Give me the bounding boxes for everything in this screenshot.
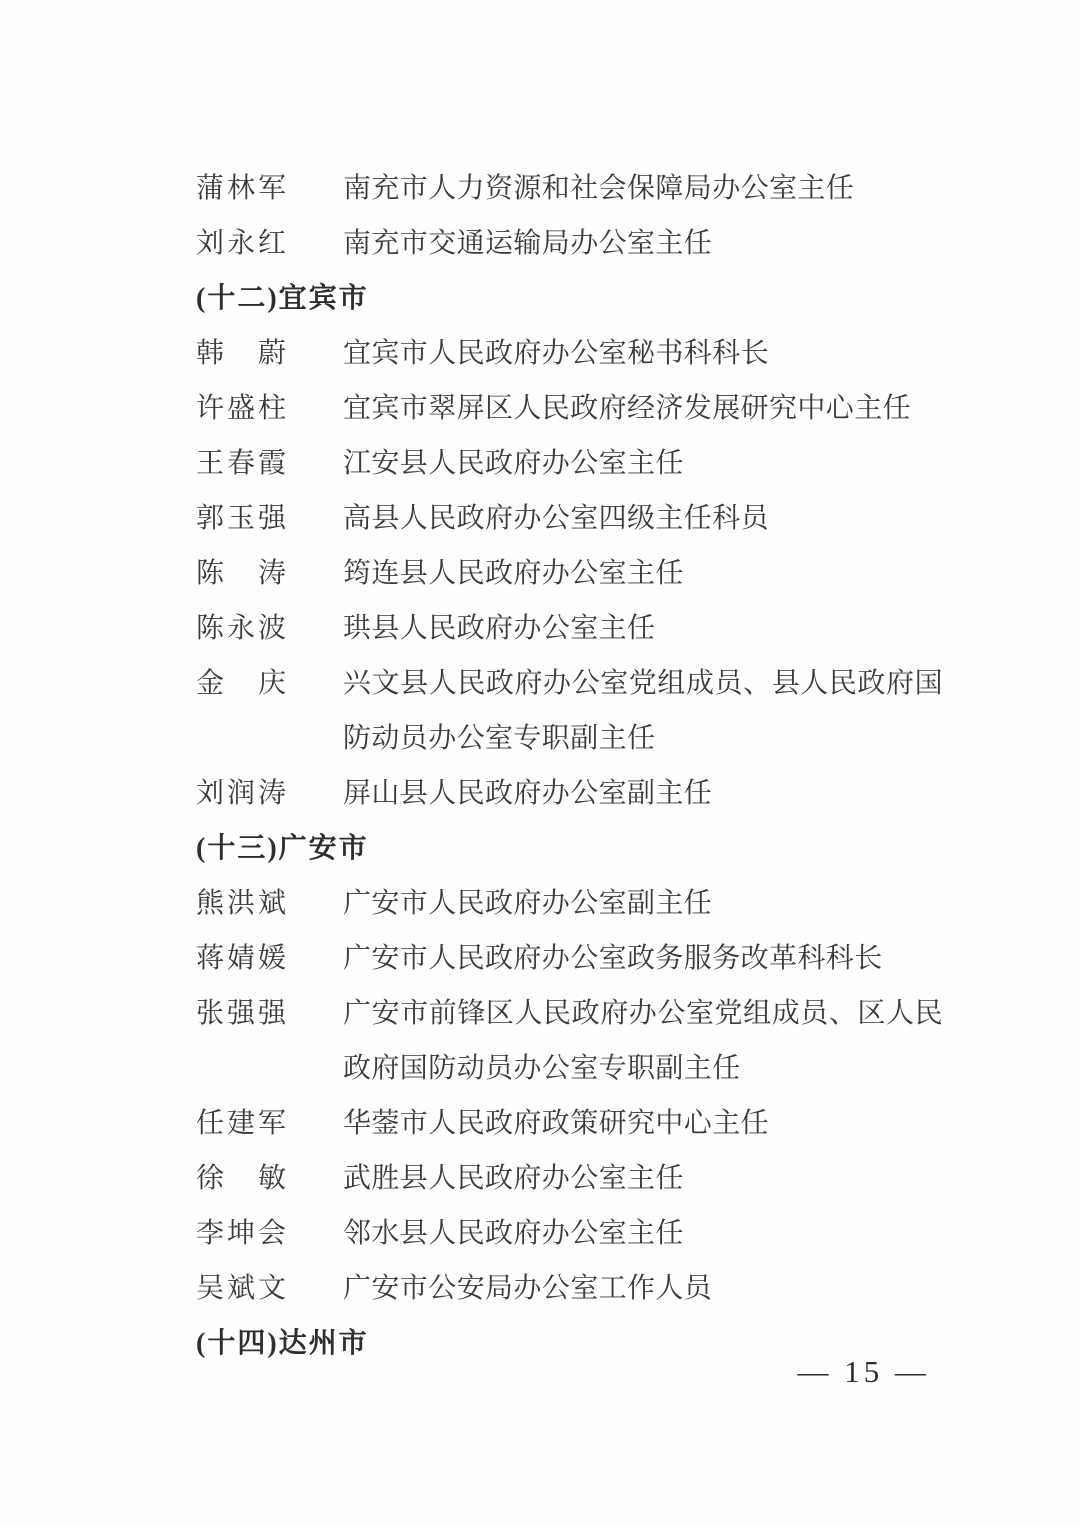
person-position: 华蓥市人民政府政策研究中心主任 [343, 1096, 943, 1151]
section-heading: (十三)广安市 [196, 821, 952, 876]
person-position: 兴文县人民政府办公室党组成员、县人民政府国防动员办公室专职副主任 [343, 656, 943, 766]
entries-list: 蒲林军南充市人力资源和社会保障局办公室主任刘永红南充市交通运输局办公室主任(十二… [196, 161, 952, 1371]
document-page: 蒲林军南充市人力资源和社会保障局办公室主任刘永红南充市交通运输局办公室主任(十二… [0, 0, 1080, 1527]
person-name: 熊洪斌 [196, 876, 343, 931]
list-item: 刘永红南充市交通运输局办公室主任 [196, 216, 952, 271]
section-heading-label: (十三)广安市 [196, 821, 369, 876]
list-item: 郭玉强高县人民政府办公室四级主任科员 [196, 491, 952, 546]
list-item: 徐 敏武胜县人民政府办公室主任 [196, 1151, 952, 1206]
list-item: 韩 蔚宜宾市人民政府办公室秘书科科长 [196, 326, 952, 381]
person-position: 珙县人民政府办公室主任 [343, 601, 943, 656]
list-item: 金 庆兴文县人民政府办公室党组成员、县人民政府国防动员办公室专职副主任 [196, 656, 952, 766]
person-name: 吴斌文 [196, 1261, 343, 1316]
list-item: 熊洪斌广安市人民政府办公室副主任 [196, 876, 952, 931]
person-name: 刘润涛 [196, 766, 343, 821]
person-position: 南充市交通运输局办公室主任 [343, 216, 943, 271]
page-number: — 15 — [798, 1352, 931, 1392]
person-position: 江安县人民政府办公室主任 [343, 436, 943, 491]
person-name: 刘永红 [196, 216, 343, 271]
list-item: 任建军华蓥市人民政府政策研究中心主任 [196, 1096, 952, 1151]
person-position: 宜宾市翠屏区人民政府经济发展研究中心主任 [343, 381, 943, 436]
list-item: 张强强广安市前锋区人民政府办公室党组成员、区人民政府国防动员办公室专职副主任 [196, 986, 952, 1096]
list-item: 王春霞江安县人民政府办公室主任 [196, 436, 952, 491]
person-position: 广安市人民政府办公室副主任 [343, 876, 943, 931]
person-name: 蒲林军 [196, 161, 343, 216]
person-name: 王春霞 [196, 436, 343, 491]
section-heading-label: (十二)宜宾市 [196, 271, 369, 326]
person-name: 徐 敏 [196, 1151, 343, 1206]
person-name: 陈永波 [196, 601, 343, 656]
person-position: 宜宾市人民政府办公室秘书科科长 [343, 326, 943, 381]
person-position: 南充市人力资源和社会保障局办公室主任 [343, 161, 943, 216]
person-position: 广安市人民政府办公室政务服务改革科科长 [343, 931, 943, 986]
person-name: 许盛柱 [196, 381, 343, 436]
list-item: 蒋婧媛广安市人民政府办公室政务服务改革科科长 [196, 931, 952, 986]
person-name: 张强强 [196, 986, 343, 1041]
person-name: 任建军 [196, 1096, 343, 1151]
person-name: 韩 蔚 [196, 326, 343, 381]
section-heading: (十二)宜宾市 [196, 271, 952, 326]
person-position: 屏山县人民政府办公室副主任 [343, 766, 943, 821]
person-name: 蒋婧媛 [196, 931, 343, 986]
list-item: 刘润涛屏山县人民政府办公室副主任 [196, 766, 952, 821]
person-position: 高县人民政府办公室四级主任科员 [343, 491, 943, 546]
list-item: 李坤会邻水县人民政府办公室主任 [196, 1206, 952, 1261]
list-item: 吴斌文广安市公安局办公室工作人员 [196, 1261, 952, 1316]
list-item: 陈 涛筠连县人民政府办公室主任 [196, 546, 952, 601]
list-item: 蒲林军南充市人力资源和社会保障局办公室主任 [196, 161, 952, 216]
person-name: 陈 涛 [196, 546, 343, 601]
person-position: 邻水县人民政府办公室主任 [343, 1206, 943, 1261]
person-name: 李坤会 [196, 1206, 343, 1261]
person-position: 筠连县人民政府办公室主任 [343, 546, 943, 601]
person-position: 武胜县人民政府办公室主任 [343, 1151, 943, 1206]
section-heading-label: (十四)达州市 [196, 1316, 369, 1371]
list-item: 许盛柱宜宾市翠屏区人民政府经济发展研究中心主任 [196, 381, 952, 436]
list-item: 陈永波珙县人民政府办公室主任 [196, 601, 952, 656]
person-position: 广安市前锋区人民政府办公室党组成员、区人民政府国防动员办公室专职副主任 [343, 986, 943, 1096]
person-name: 金 庆 [196, 656, 343, 711]
person-position: 广安市公安局办公室工作人员 [343, 1261, 943, 1316]
person-name: 郭玉强 [196, 491, 343, 546]
